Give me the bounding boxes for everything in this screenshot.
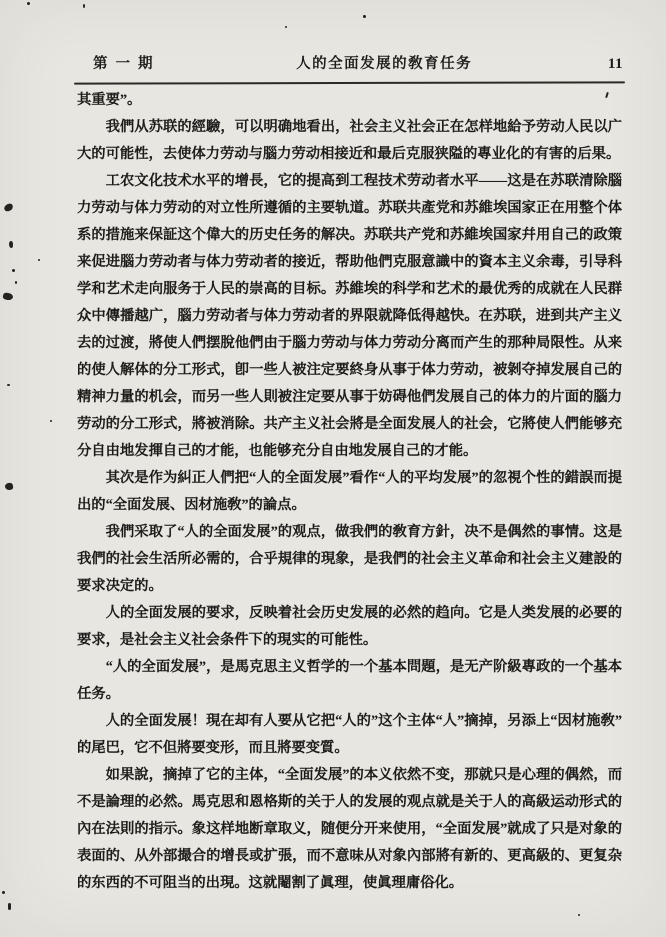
ink-speck [2, 292, 13, 301]
ink-speck [7, 384, 10, 386]
scanned-page: 第一期 人的全面发展的敎育任务 11 其重要”。 我們从苏联的經驗，可以明确地看… [0, 0, 666, 937]
body-paragraph: 工农文化技术水平的增長，它的提高到工程技术劳动者水平——这是在苏联清除腦力劳动与… [77, 168, 622, 465]
ink-speck [9, 241, 13, 248]
body-paragraph: 其重要”。 [77, 87, 622, 114]
body-paragraph: 我們采取了“人的全面发展”的观点，做我們的敎育方針，决不是偶然的事情。这是我們的… [77, 519, 622, 600]
ink-speck [5, 482, 14, 490]
ink-speck [363, 15, 366, 18]
header-rule [74, 81, 625, 84]
ink-speck [2, 891, 5, 894]
ink-speck [12, 269, 15, 272]
page-number: 11 [608, 56, 623, 73]
body-paragraph: 如果說，摘掉了它的主体，“全面发展”的本义依然不变，那就只是心理的偶然，而不是論… [77, 762, 622, 897]
body-paragraph: 人的全面发展！現在却有人要从它把“人的”这个主体“人”摘掉，另添上“因材施敎”的… [77, 708, 622, 762]
ink-speck [83, 4, 85, 8]
article-body: 其重要”。 我們从苏联的經驗，可以明确地看出，社会主义社会正在怎样地給予劳动人民… [77, 87, 622, 897]
ink-speck [8, 903, 11, 910]
ink-speck [578, 914, 580, 916]
body-paragraph: 我們从苏联的經驗，可以明确地看出，社会主义社会正在怎样地給予劳动人民以广大的可能… [77, 114, 622, 168]
running-title: 人的全面发展的敎育任务 [161, 52, 608, 73]
ink-speck [15, 281, 17, 284]
ink-speck [3, 203, 14, 213]
body-paragraph: 人的全面发展的要求，反映着社会历史发展的必然的趋向。它是人类发展的必要的要求，是… [77, 600, 622, 654]
ink-speck [38, 259, 40, 261]
body-paragraph: “人的全面发展”，是馬克思主义哲学的一个基本問題，是无产阶級專政的一个基本任务。 [77, 654, 622, 708]
ink-speck [50, 420, 52, 422]
ink-speck [27, 2, 30, 5]
page-header: 第一期 人的全面发展的敎育任务 11 [77, 52, 623, 73]
issue-label: 第一期 [93, 52, 161, 73]
ink-speck [285, 26, 287, 28]
body-paragraph: 其次是作为糾正人們把“人的全面发展”看作“人的平均发展”的忽視个性的錯誤而提出的… [77, 465, 622, 519]
ink-speck [585, 670, 587, 673]
